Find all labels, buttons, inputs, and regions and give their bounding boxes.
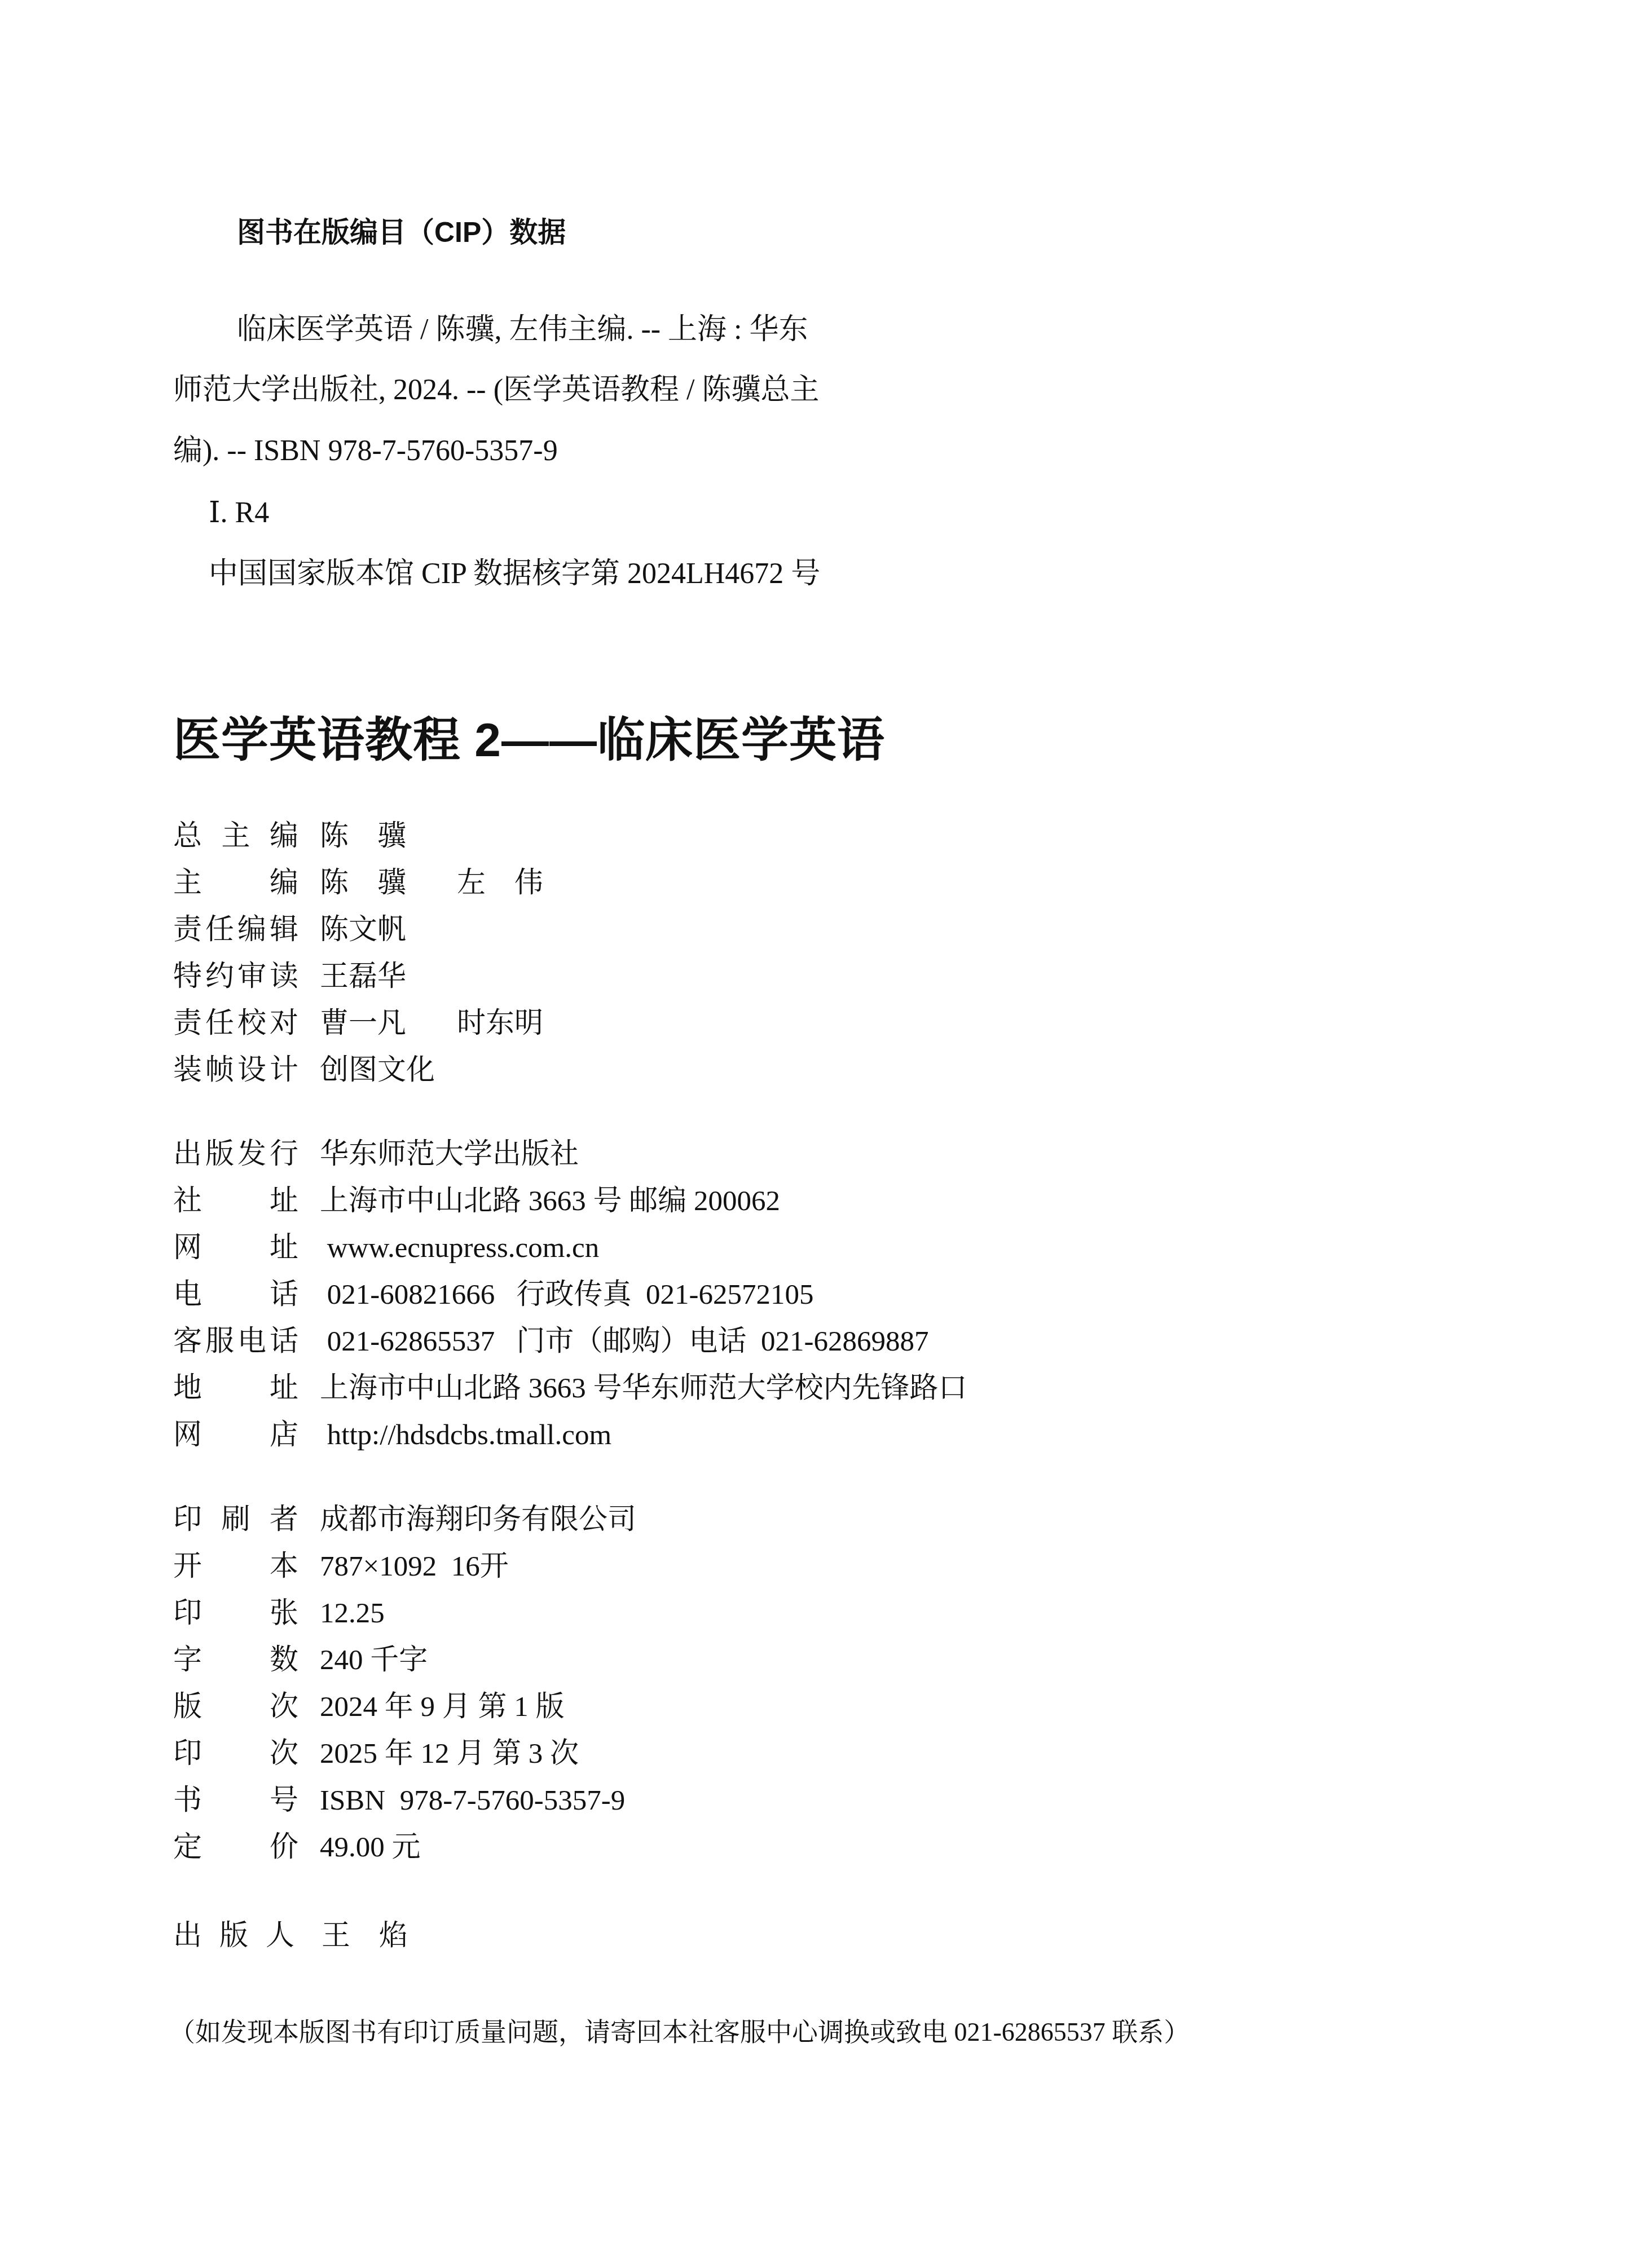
print-row-word-count: 字数 240 千字 (173, 1643, 428, 1677)
credit-value: 陈 骥 (320, 819, 406, 853)
info-value: 成都市海翔印务有限公司 (320, 1503, 636, 1537)
info-label: 印次 (173, 1737, 298, 1771)
credit-value: 陈文帆 (320, 913, 406, 947)
publisher-row-address: 社址 上海市中山北路 3663 号 邮编 200062 (173, 1184, 780, 1218)
credit-value: 曹一凡 (320, 1007, 406, 1040)
info-label: 书号 (173, 1784, 298, 1817)
info-value: 王 焰 (322, 1919, 408, 1953)
credit-value: 陈 骥 (320, 866, 406, 900)
info-value: 12.25 (320, 1596, 385, 1630)
info-label: 电话 (173, 1278, 298, 1312)
credit-label: 总主编 (173, 819, 298, 853)
info-value: 上海市中山北路 3663 号华东师范大学校内先锋路口 (320, 1371, 967, 1405)
info-label: 开本 (173, 1550, 298, 1583)
publisher-row-website: 网址 www.ecnupress.com.cn (173, 1231, 599, 1265)
info-label: 客服电话 (173, 1325, 298, 1358)
print-row-isbn: 书号 ISBN 978-7-5760-5357-9 (173, 1784, 625, 1817)
cip-approval-number: 中国国家版本馆 CIP 数据核字第 2024LH4672 号 (209, 557, 820, 591)
info-label: 出版发行 (173, 1137, 298, 1171)
info-value: 021-62865537 门市（邮购）电话 021-62869887 (320, 1325, 928, 1358)
print-row-price: 定价 49.00 元 (173, 1830, 421, 1864)
publisher-person-row: 出版人 王 焰 (173, 1919, 408, 1953)
info-value: 上海市中山北路 3663 号 邮编 200062 (320, 1184, 780, 1218)
info-label: 字数 (173, 1643, 298, 1677)
print-row-sheets: 印张 12.25 (173, 1596, 385, 1630)
info-label: 社址 (173, 1184, 298, 1218)
credit-label: 责任编辑 (173, 913, 298, 947)
info-label: 出版人 (173, 1919, 294, 1953)
info-value: 2025 年 12 月 第 3 次 (320, 1737, 579, 1771)
credit-row-proofreader: 责任校对 曹一凡 时东明 (173, 1007, 543, 1040)
credit-label: 主编 (173, 866, 298, 900)
info-label: 版次 (173, 1690, 298, 1724)
online-store-link: http://hdsdcbs.tmall.com (320, 1418, 611, 1452)
print-row-printer: 印刷者 成都市海翔印务有限公司 (173, 1503, 636, 1537)
credit-row-cover-design: 装帧设计 创图文化 (173, 1053, 435, 1087)
info-label: 印刷者 (173, 1503, 298, 1537)
info-value: 2024 年 9 月 第 1 版 (320, 1690, 565, 1724)
cip-classification: Ⅰ. R4 (209, 496, 269, 530)
credit-label: 装帧设计 (173, 1053, 298, 1087)
publisher-row-customer-service: 客服电话 021-62865537 门市（邮购）电话 021-62869887 (173, 1325, 928, 1358)
book-title: 医学英语教程 2——临床医学英语 (173, 712, 885, 768)
print-row-format: 开本 787×1092 16开 (173, 1550, 509, 1583)
print-row-impression: 印次 2025 年 12 月 第 3 次 (173, 1737, 579, 1771)
info-label: 网店 (173, 1418, 298, 1452)
info-label: 网址 (173, 1231, 298, 1265)
cip-line-3: 编). -- ISBN 978-7-5760-5357-9 (173, 434, 558, 468)
credit-value: 时东明 (457, 1007, 543, 1040)
credit-label: 责任校对 (173, 1007, 298, 1040)
print-row-edition: 版次 2024 年 9 月 第 1 版 (173, 1690, 565, 1724)
credit-label: 特约审读 (173, 960, 298, 994)
credit-value: 创图文化 (320, 1053, 435, 1087)
info-label: 地址 (173, 1371, 298, 1405)
info-value: 021-60821666 行政传真 021-62572105 (320, 1278, 813, 1312)
credit-value: 王磊华 (320, 960, 406, 994)
quality-notice: （如发现本版图书有印订质量问题，请寄回本社客服中心调换或致电 021-62865… (169, 2017, 1190, 2048)
cip-line-1: 临床医学英语 / 陈骥, 左伟主编. -- 上海 : 华东 (237, 313, 808, 347)
credit-row-editor: 主编 陈 骥 左 伟 (173, 866, 543, 900)
price-value: 49.00 元 (320, 1830, 421, 1864)
publisher-row-online-store: 网店 http://hdsdcbs.tmall.com (173, 1418, 611, 1452)
credit-value: 左 伟 (457, 866, 543, 900)
info-value: 240 千字 (320, 1643, 428, 1677)
website-link: www.ecnupress.com.cn (320, 1231, 599, 1265)
info-value: 华东师范大学出版社 (320, 1137, 579, 1171)
cip-line-2: 师范大学出版社, 2024. -- (医学英语教程 / 陈骥总主 (173, 373, 819, 407)
publisher-row-distributor: 出版发行 华东师范大学出版社 (173, 1137, 579, 1171)
isbn-value: ISBN 978-7-5760-5357-9 (320, 1784, 625, 1817)
info-value: 787×1092 16开 (320, 1550, 509, 1583)
info-label: 印张 (173, 1596, 298, 1630)
publisher-row-location: 地址 上海市中山北路 3663 号华东师范大学校内先锋路口 (173, 1371, 967, 1405)
info-label: 定价 (173, 1830, 298, 1864)
cip-heading: 图书在版编目（CIP）数据 (237, 215, 566, 249)
credit-row-special-reviewer: 特约审读 王磊华 (173, 960, 406, 994)
credit-row-responsible-editor: 责任编辑 陈文帆 (173, 913, 406, 947)
credit-row-general-editor: 总主编 陈 骥 (173, 819, 406, 853)
publisher-row-phone: 电话 021-60821666 行政传真 021-62572105 (173, 1278, 813, 1312)
